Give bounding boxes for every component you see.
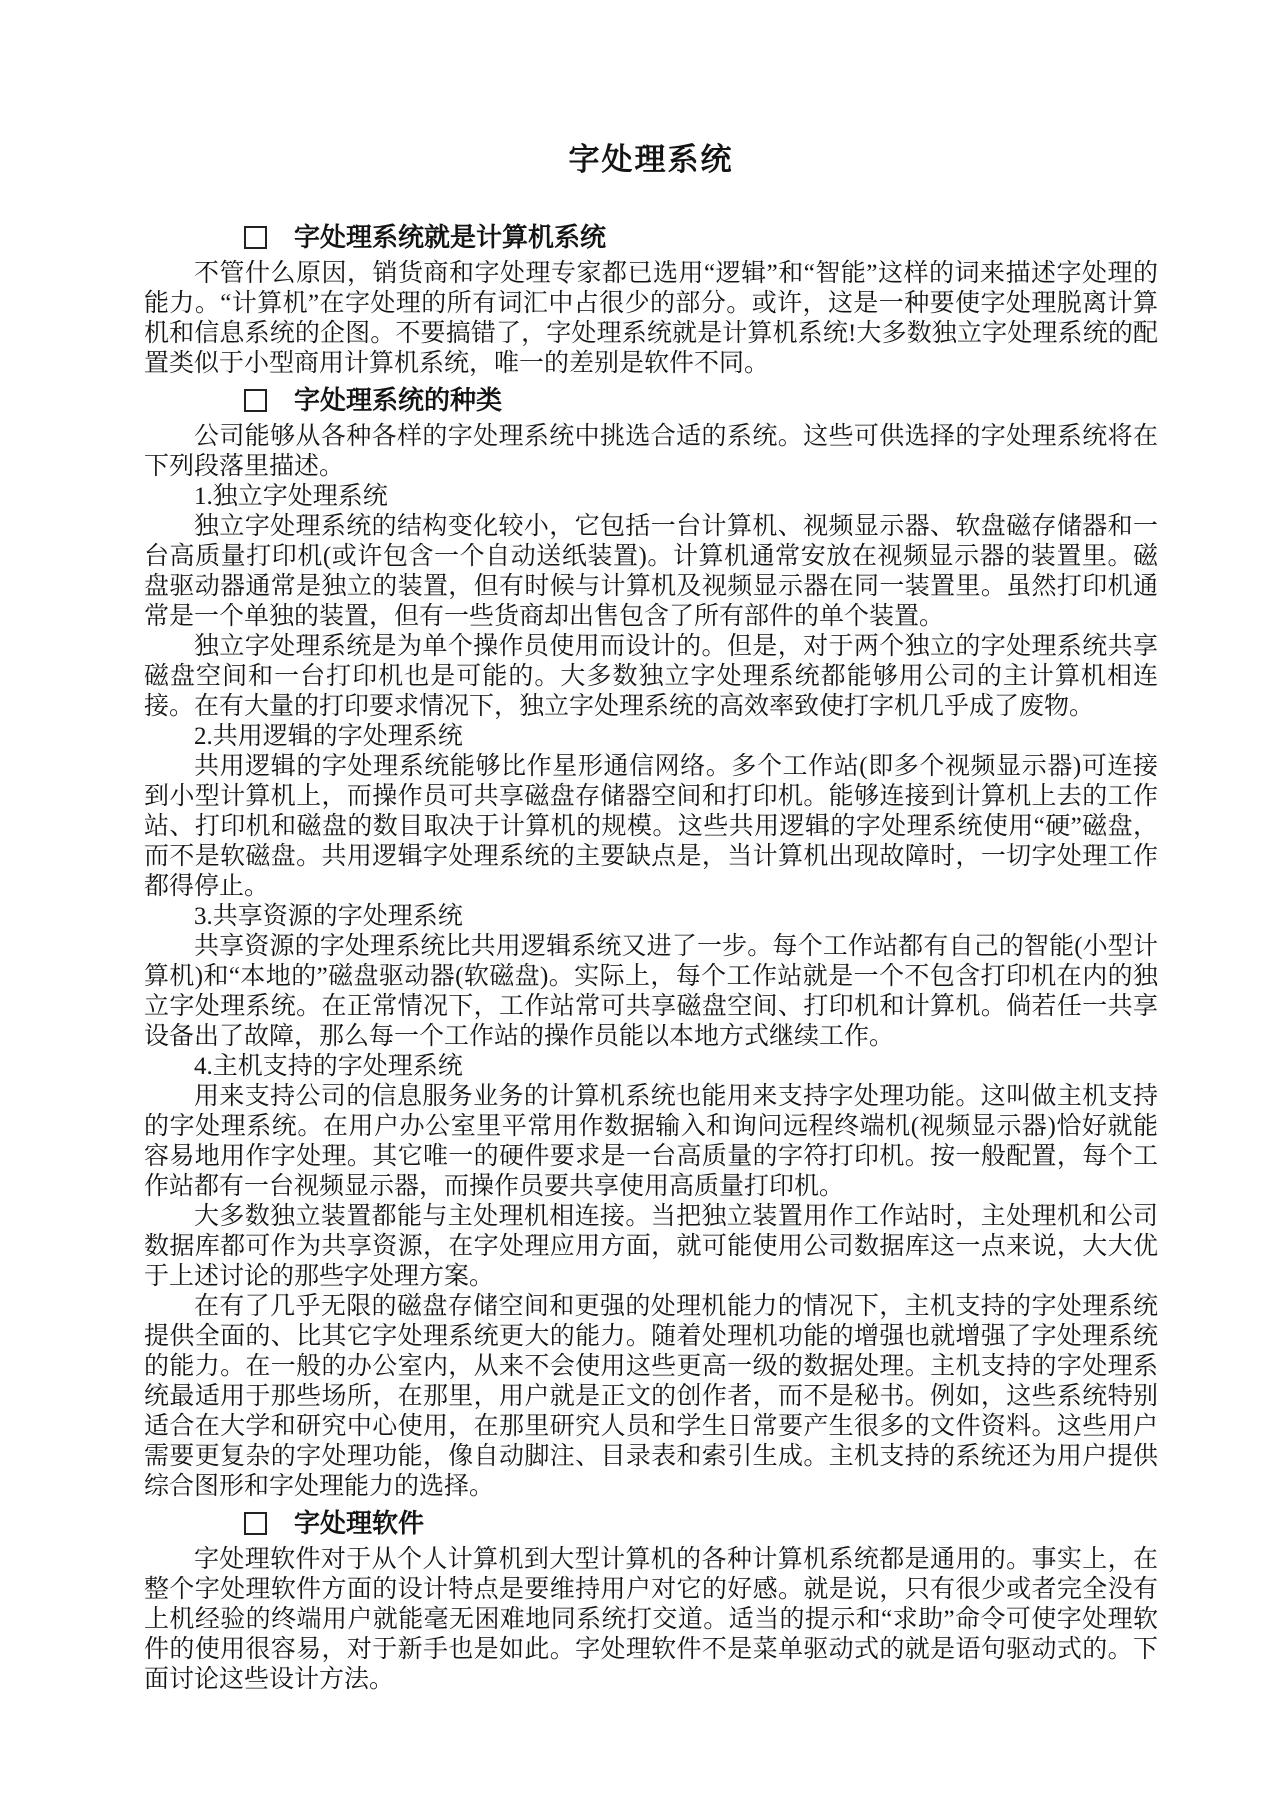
body-paragraph: 公司能够从各种各样的字处理系统中挑选合适的系统。这些可供选择的字处理系统将在下列… bbox=[144, 422, 1158, 482]
body-paragraph: 用来支持公司的信息服务业务的计算机系统也能用来支持字处理功能。这叫做主机支持的字… bbox=[144, 1082, 1158, 1202]
body-paragraph: 共用逻辑的字处理系统能够比作星形通信网络。多个工作站(即多个视频显示器)可连接到… bbox=[144, 752, 1158, 902]
section-heading: 字处理系统的种类 bbox=[144, 383, 1158, 417]
document-body: 字处理系统就是计算机系统不管什么原因，销货商和字处理专家都已选用“逻辑”和“智能… bbox=[144, 220, 1158, 1695]
body-paragraph: 不管什么原因，销货商和字处理专家都已选用“逻辑”和“智能”这样的词来描述字处理的… bbox=[144, 259, 1158, 379]
body-paragraph: 在有了几乎无限的磁盘存储空间和更强的处理机能力的情况下，主机支持的字处理系统提供… bbox=[144, 1292, 1158, 1502]
body-paragraph: 独立字处理系统是为单个操作员使用而设计的。但是，对于两个独立的字处理系统共享磁盘… bbox=[144, 632, 1158, 722]
square-bullet-icon bbox=[244, 1512, 267, 1535]
numbered-subheading: 4.主机支持的字处理系统 bbox=[144, 1052, 1158, 1082]
body-paragraph: 独立字处理系统的结构变化较小，它包括一台计算机、视频显示器、软盘磁存储器和一台高… bbox=[144, 512, 1158, 632]
document-page: 字处理系统 字处理系统就是计算机系统不管什么原因，销货商和字处理专家都已选用“逻… bbox=[0, 0, 1280, 1810]
numbered-subheading: 3.共享资源的字处理系统 bbox=[144, 902, 1158, 932]
section-heading-text: 字处理软件 bbox=[294, 1506, 424, 1540]
body-paragraph: 字处理软件对于从个人计算机到大型计算机的各种计算机系统都是通用的。事实上，在整个… bbox=[144, 1545, 1158, 1695]
section-heading-text: 字处理系统就是计算机系统 bbox=[294, 220, 606, 254]
square-bullet-icon bbox=[244, 389, 267, 412]
section-heading: 字处理系统就是计算机系统 bbox=[144, 220, 1158, 254]
document-title: 字处理系统 bbox=[144, 140, 1158, 180]
section-heading: 字处理软件 bbox=[144, 1506, 1158, 1540]
square-bullet-icon bbox=[244, 226, 267, 249]
body-paragraph: 大多数独立装置都能与主处理机相连接。当把独立装置用作工作站时，主处理机和公司数据… bbox=[144, 1202, 1158, 1292]
section-heading-text: 字处理系统的种类 bbox=[294, 383, 502, 417]
numbered-subheading: 1.独立字处理系统 bbox=[144, 482, 1158, 512]
body-paragraph: 共享资源的字处理系统比共用逻辑系统又进了一步。每个工作站都有自己的智能(小型计算… bbox=[144, 932, 1158, 1052]
numbered-subheading: 2.共用逻辑的字处理系统 bbox=[144, 722, 1158, 752]
